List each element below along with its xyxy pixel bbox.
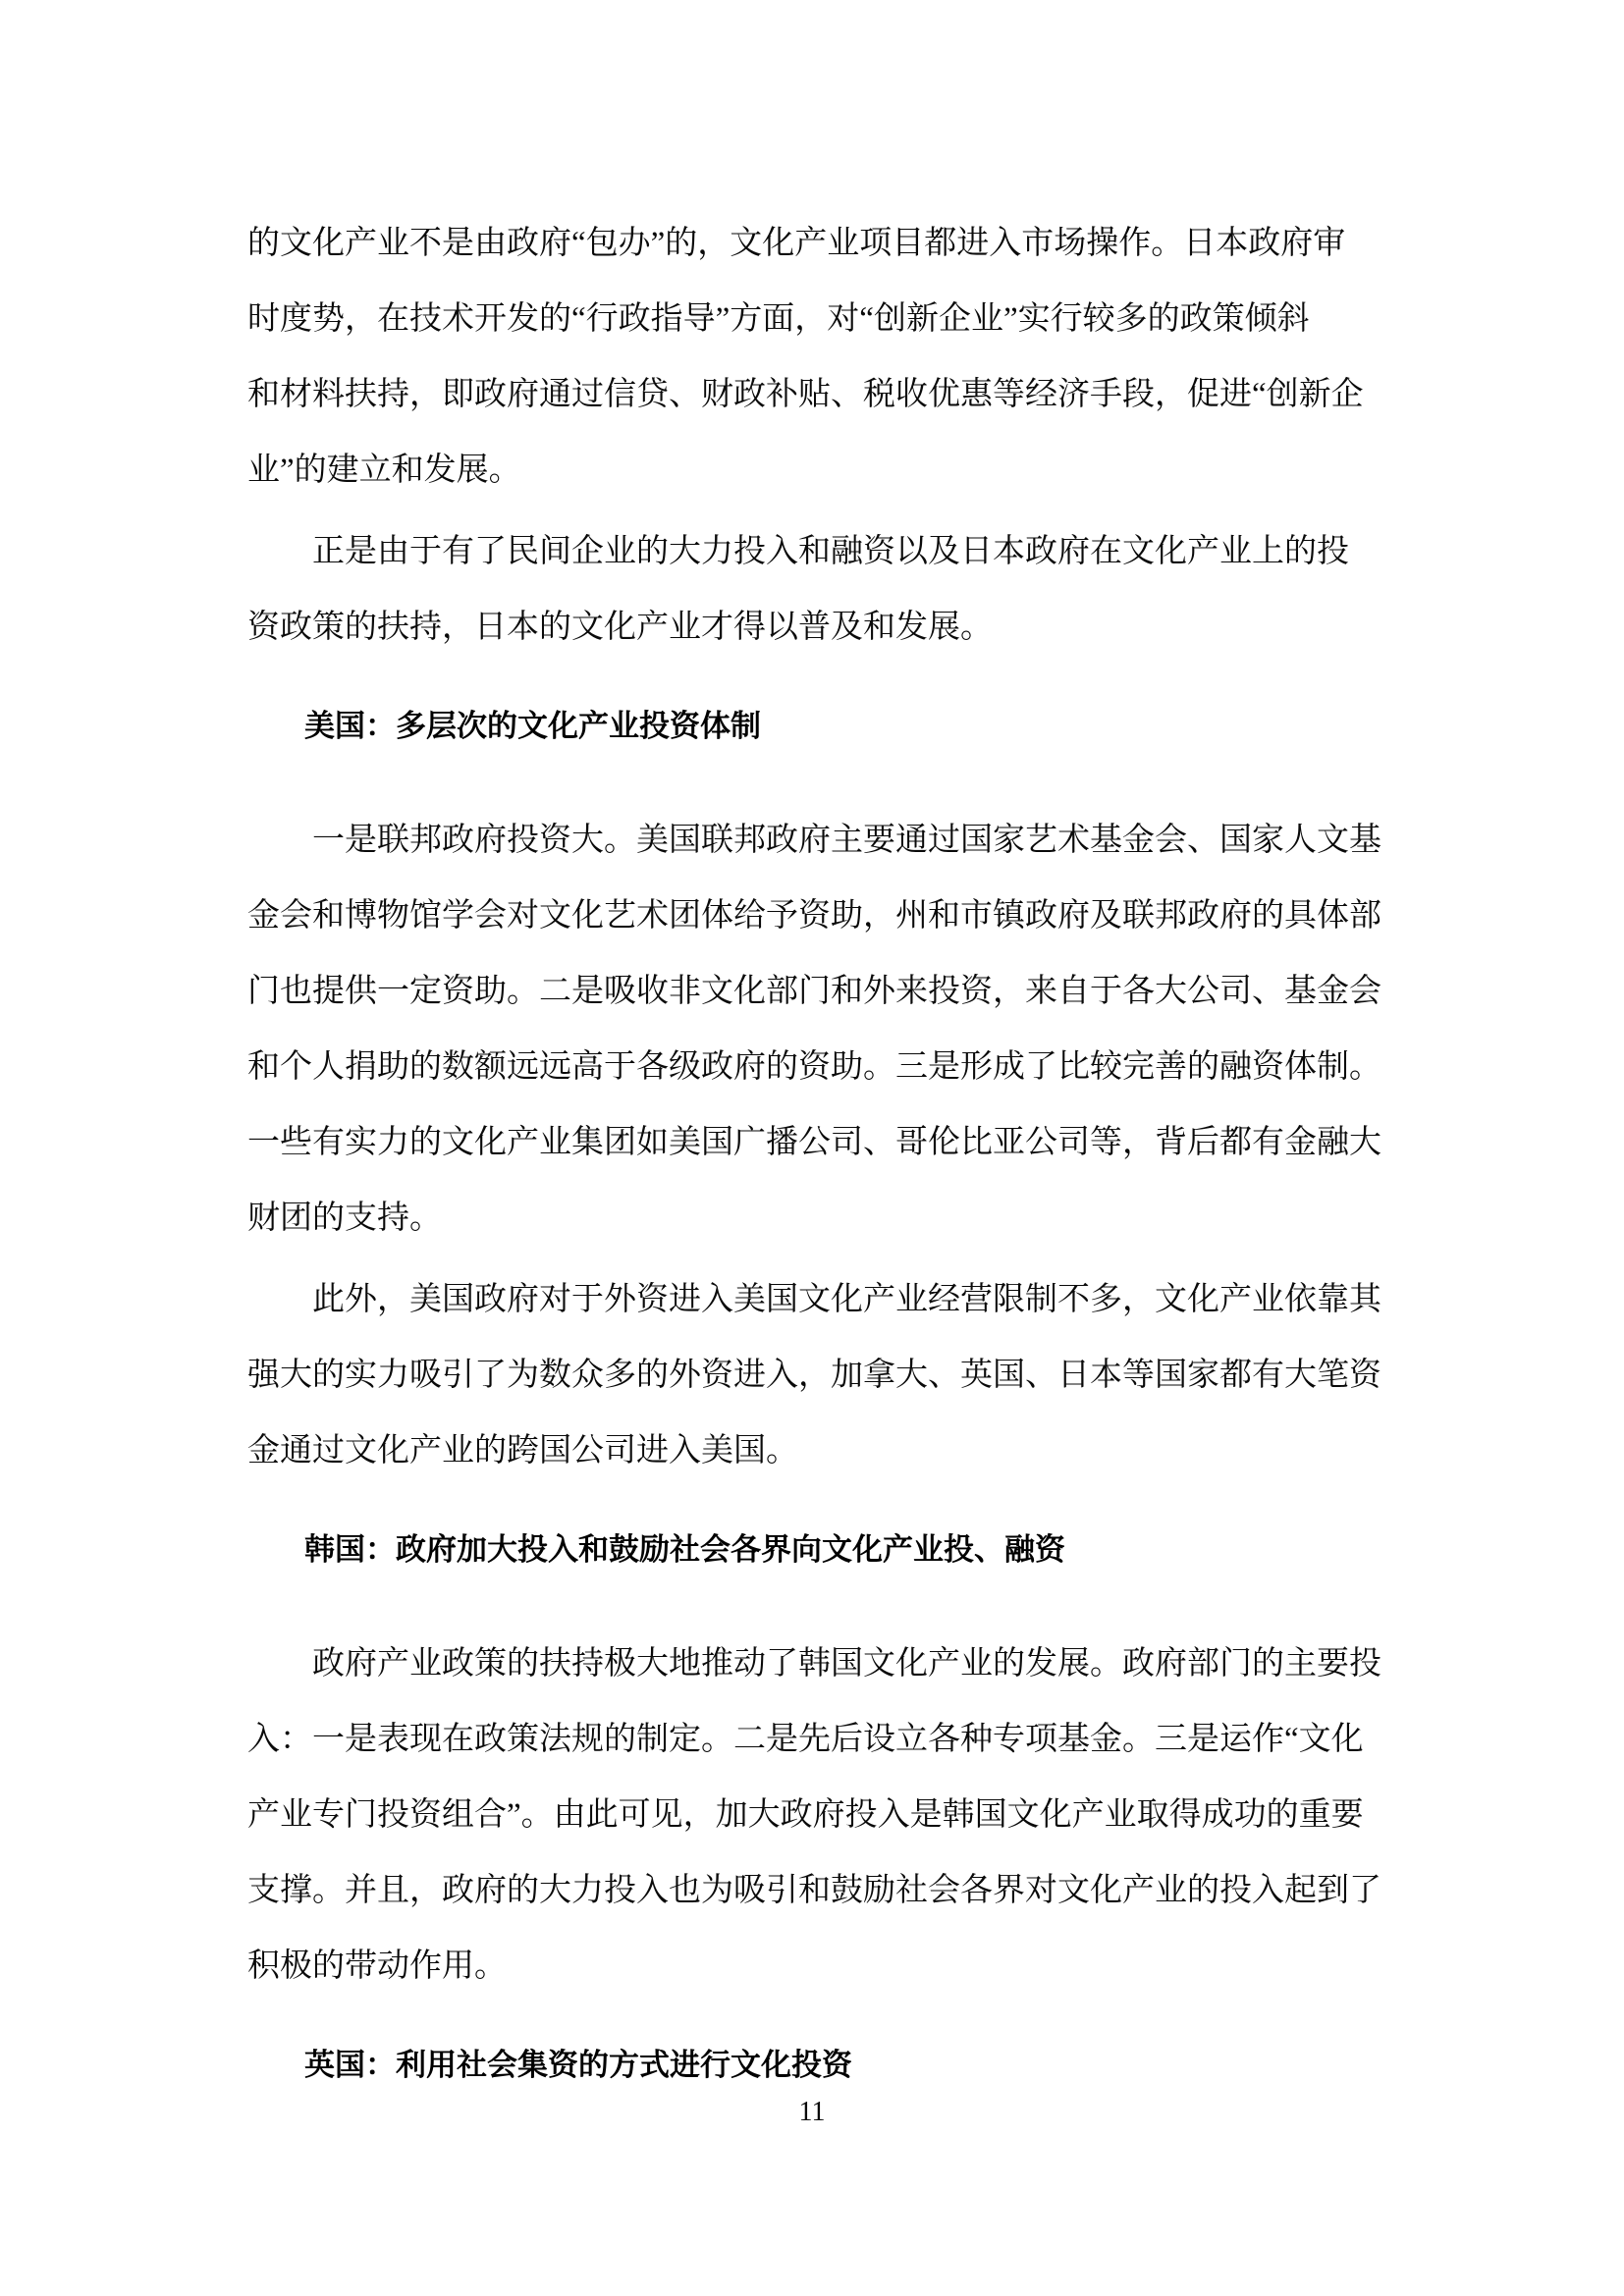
text-line: 正是由于有了民间企业的大力投入和融资以及日本政府在文化产业上的投 — [247, 514, 1384, 590]
text-line: 入：一是表现在政策法规的制定。二是先后设立各种专项基金。三是运作“文化 — [247, 1702, 1384, 1778]
text-line: 一些有实力的文化产业集团如美国广播公司、哥伦比亚公司等，背后都有金融大 — [247, 1105, 1384, 1181]
text-line: 政府产业政策的扶持极大地推动了韩国文化产业的发展。政府部门的主要投 — [247, 1627, 1384, 1702]
text-line: 金会和博物馆学会对文化艺术团体给予资助，州和市镇政府及联邦政府的具体部 — [247, 879, 1384, 954]
paragraph: 政府产业政策的扶持极大地推动了韩国文化产业的发展。政府部门的主要投入：一是表现在… — [247, 1627, 1384, 2004]
text-line: 积极的带动作用。 — [247, 1929, 1384, 2004]
text-line: 的文化产业不是由政府“包办”的，文化产业项目都进入市场操作。日本政府审 — [247, 206, 1384, 282]
text-line: 此外，美国政府对于外资进入美国文化产业经营限制不多，文化产业依靠其 — [247, 1262, 1384, 1338]
text-line: 和个人捐助的数额远远高于各级政府的资助。三是形成了比较完善的融资体制。 — [247, 1030, 1384, 1105]
text-line: 财团的支持。 — [247, 1181, 1384, 1256]
page-number: 11 — [799, 2097, 826, 2127]
text-line: 时度势，在技术开发的“行政指导”方面，对“创新企业”实行较多的政策倾斜 — [247, 282, 1384, 357]
text-line: 产业专门投资组合”。由此可见，加大政府投入是韩国文化产业取得成功的重要 — [247, 1778, 1384, 1853]
document-content: 的文化产业不是由政府“包办”的，文化产业项目都进入市场操作。日本政府审时度势，在… — [247, 206, 1384, 2142]
text-line: 门也提供一定资助。二是吸收非文化部门和外来投资，来自于各大公司、基金会 — [247, 954, 1384, 1030]
paragraph: 的文化产业不是由政府“包办”的，文化产业项目都进入市场操作。日本政府审时度势，在… — [247, 206, 1384, 508]
text-line: 业”的建立和发展。 — [247, 433, 1384, 508]
text-line: 一是联邦政府投资大。美国联邦政府主要通过国家艺术基金会、国家人文基 — [247, 803, 1384, 879]
section-heading: 韩国：政府加大投入和鼓励社会各界向文化产业投、融资 — [247, 1512, 1384, 1587]
paragraph: 一是联邦政府投资大。美国联邦政府主要通过国家艺术基金会、国家人文基金会和博物馆学… — [247, 803, 1384, 1256]
paragraph: 正是由于有了民间企业的大力投入和融资以及日本政府在文化产业上的投资政策的扶持，日… — [247, 514, 1384, 666]
page-footer: 11 — [0, 2097, 1624, 2128]
paragraph: 此外，美国政府对于外资进入美国文化产业经营限制不多，文化产业依靠其强大的实力吸引… — [247, 1262, 1384, 1489]
section-heading: 美国：多层次的文化产业投资体制 — [247, 688, 1384, 764]
text-line: 金通过文化产业的跨国公司进入美国。 — [247, 1414, 1384, 1489]
text-line: 资政策的扶持，日本的文化产业才得以普及和发展。 — [247, 590, 1384, 666]
document-page: 的文化产业不是由政府“包办”的，文化产业项目都进入市场操作。日本政府审时度势，在… — [0, 0, 1624, 2296]
text-line: 支撑。并且，政府的大力投入也为吸引和鼓励社会各界对文化产业的投入起到了 — [247, 1853, 1384, 1929]
text-line: 强大的实力吸引了为数众多的外资进入，加拿大、英国、日本等国家都有大笔资 — [247, 1338, 1384, 1414]
section-heading: 英国：利用社会集资的方式进行文化投资 — [247, 2027, 1384, 2103]
text-line: 和材料扶持，即政府通过信贷、财政补贴、税收优惠等经济手段，促进“创新企 — [247, 357, 1384, 433]
